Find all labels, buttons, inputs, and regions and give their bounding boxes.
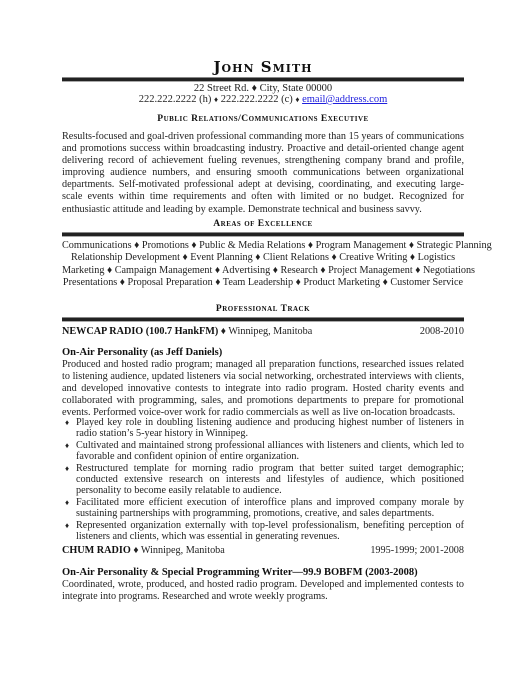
- job-location: ♦ Winnipeg, Manitoba: [133, 545, 224, 556]
- track-title: Professional Track: [62, 304, 464, 314]
- contact-address: 22 Street Rd. ♦ City, State 00000: [62, 83, 464, 94]
- company-name: NEWCAP RADIO (100.7 HankFM): [62, 326, 218, 337]
- achievement-item: ♦Played key role in doubling listening a…: [62, 417, 464, 439]
- skills-list: Communications ♦ Promotions ♦ Public & M…: [62, 240, 464, 289]
- skills-line: Marketing ♦ Campaign Management ♦ Advert…: [62, 265, 464, 277]
- track-divider: [62, 317, 464, 322]
- areas-divider: [62, 232, 464, 237]
- achievement-list: ♦Played key role in doubling listening a…: [62, 417, 464, 543]
- job-description: Coordinated, wrote, produced, and hosted…: [62, 579, 464, 603]
- areas-title: Areas of Excellence: [62, 219, 464, 229]
- email-link[interactable]: email@address.com: [302, 94, 387, 105]
- job-header: CHUM RADIO ♦ Winnipeg, Manitoba 1995-199…: [62, 545, 464, 556]
- diamond-bullet-icon: ♦: [65, 497, 69, 508]
- diamond-bullet-icon: ♦: [65, 463, 69, 474]
- name-divider: [62, 77, 464, 82]
- job-dates: 2008-2010: [420, 326, 464, 337]
- headline: Public Relations/Communications Executiv…: [62, 114, 464, 124]
- diamond-bullet-icon: ♦: [65, 440, 69, 451]
- job-role: On-Air Personality & Special Programming…: [62, 567, 464, 578]
- job-dates: 1995-1999; 2001-2008: [370, 545, 464, 556]
- phone-cell: 222.222.2222 (c): [221, 94, 293, 105]
- company-name: CHUM RADIO: [62, 545, 131, 556]
- contact-phone-email: 222.222.2222 (h) ♦ 222.222.2222 (c) ♦ em…: [62, 94, 464, 105]
- candidate-name: John Smith: [62, 58, 464, 76]
- diamond-bullet-icon: ♦: [65, 520, 69, 531]
- phone-home: 222.222.2222 (h): [139, 94, 212, 105]
- skills-line: Communications ♦ Promotions ♦ Public & M…: [62, 240, 464, 252]
- diamond-separator-icon: ♦: [214, 95, 218, 104]
- job-header: NEWCAP RADIO (100.7 HankFM) ♦ Winnipeg, …: [62, 326, 464, 337]
- skills-line: Presentations ♦ Proposal Preparation ♦ T…: [62, 277, 464, 289]
- achievement-item: ♦Represented organization externally wit…: [62, 520, 464, 542]
- achievement-item: ♦Restructured template for morning radio…: [62, 463, 464, 497]
- summary-paragraph: Results-focused and goal-driven professi…: [62, 131, 464, 216]
- achievement-item: ♦Facilitated more efficient execution of…: [62, 497, 464, 519]
- diamond-separator-icon: ♦: [295, 95, 299, 104]
- diamond-bullet-icon: ♦: [65, 417, 69, 428]
- job-description: Produced and hosted radio program; manag…: [62, 359, 464, 419]
- job-role: On-Air Personality (as Jeff Daniels): [62, 347, 464, 358]
- job-location: ♦ Winnipeg, Manitoba: [221, 326, 312, 337]
- skills-line: Relationship Development ♦ Event Plannin…: [62, 252, 464, 264]
- achievement-item: ♦Cultivated and maintained strong profes…: [62, 440, 464, 462]
